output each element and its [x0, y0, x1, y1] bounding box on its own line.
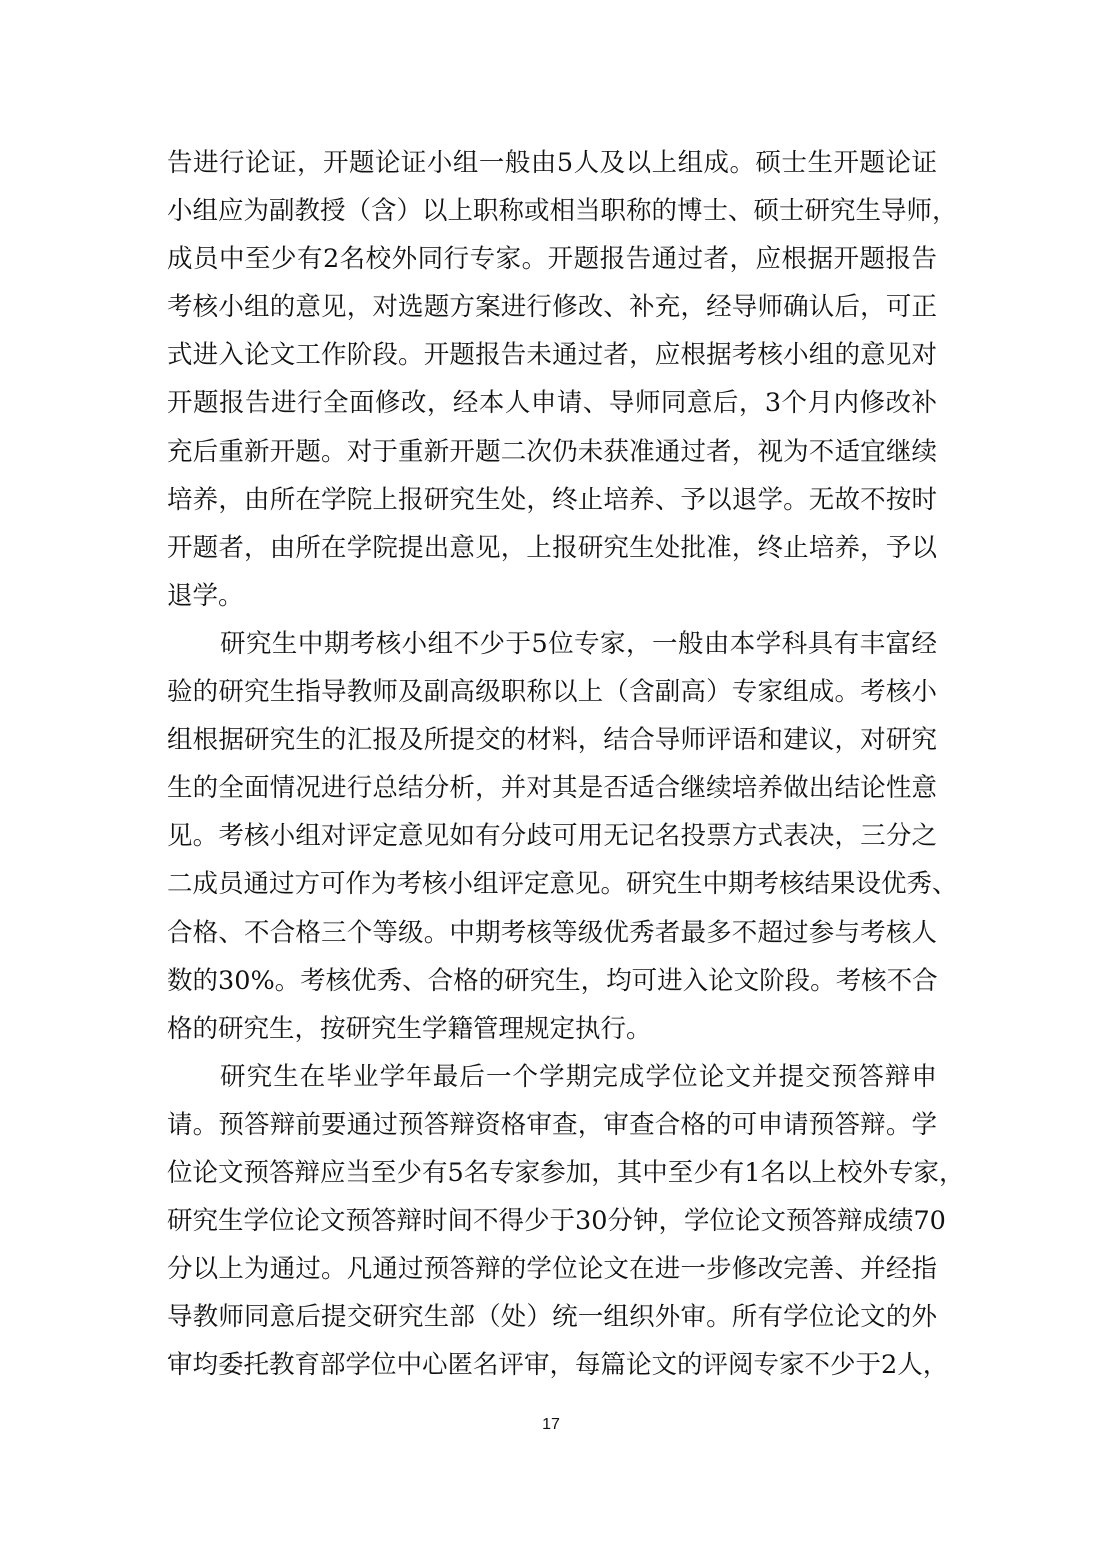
text-line: 成员中至少有2名校外同行专家。开题报告通过者，应根据开题报告: [167, 235, 937, 283]
page-number: 17: [0, 1416, 1102, 1434]
paragraph-opening-report: 告进行论证，开题论证小组一般由5人及以上组成。硕士生开题论证 小组应为副教授（含…: [167, 139, 937, 620]
document-page: 告进行论证，开题论证小组一般由5人及以上组成。硕士生开题论证 小组应为副教授（含…: [0, 0, 1102, 1559]
text-line: 组根据研究生的汇报及所提交的材料，结合导师评语和建议，对研究: [167, 716, 937, 764]
body-text: 告进行论证，开题论证小组一般由5人及以上组成。硕士生开题论证 小组应为副教授（含…: [167, 139, 937, 1389]
text-line: 导教师同意后提交研究生部（处）统一组织外审。所有学位论文的外: [167, 1293, 937, 1341]
text-line: 小组应为副教授（含）以上职称或相当职称的博士、硕士研究生导师，: [167, 187, 937, 235]
text-line: 退学。: [167, 572, 937, 620]
text-line: 生的全面情况进行总结分析，并对其是否适合继续培养做出结论性意: [167, 764, 937, 812]
text-line: 请。预答辩前要通过预答辩资格审查，审查合格的可申请预答辩。学: [167, 1101, 937, 1149]
paragraph-midterm-assessment: 研究生中期考核小组不少于5位专家，一般由本学科具有丰富经 验的研究生指导教师及副…: [167, 620, 937, 1053]
text-line: 二成员通过方可作为考核小组评定意见。研究生中期考核结果设优秀、: [167, 860, 937, 908]
text-line: 合格、不合格三个等级。中期考核等级优秀者最多不超过参与考核人: [167, 909, 937, 957]
text-line: 数的30%。考核优秀、合格的研究生，均可进入论文阶段。考核不合: [167, 957, 937, 1005]
text-line: 见。考核小组对评定意见如有分歧可用无记名投票方式表决，三分之: [167, 812, 937, 860]
text-line: 考核小组的意见，对选题方案进行修改、补充，经导师确认后，可正: [167, 283, 937, 331]
text-line: 分以上为通过。凡通过预答辩的学位论文在进一步修改完善、并经指: [167, 1245, 937, 1293]
text-line: 告进行论证，开题论证小组一般由5人及以上组成。硕士生开题论证: [167, 139, 937, 187]
text-line: 式进入论文工作阶段。开题报告未通过者，应根据考核小组的意见对: [167, 331, 937, 379]
text-line: 格的研究生，按研究生学籍管理规定执行。: [167, 1005, 937, 1053]
text-line: 开题者，由所在学院提出意见，上报研究生处批准，终止培养，予以: [167, 524, 937, 572]
text-line: 研究生中期考核小组不少于5位专家，一般由本学科具有丰富经: [167, 620, 937, 668]
text-line: 研究生学位论文预答辩时间不得少于30分钟，学位论文预答辩成绩70: [167, 1197, 937, 1245]
text-line: 审均委托教育部学位中心匿名评审，每篇论文的评阅专家不少于2人，: [167, 1341, 937, 1389]
text-line: 位论文预答辩应当至少有5名专家参加，其中至少有1名以上校外专家，: [167, 1149, 937, 1197]
text-line: 验的研究生指导教师及副高级职称以上（含副高）专家组成。考核小: [167, 668, 937, 716]
paragraph-pre-defense: 研究生在毕业学年最后一个学期完成学位论文并提交预答辩申 请。预答辩前要通过预答辩…: [167, 1053, 937, 1390]
text-line: 研究生在毕业学年最后一个学期完成学位论文并提交预答辩申: [167, 1053, 937, 1101]
text-line: 培养，由所在学院上报研究生处，终止培养、予以退学。无故不按时: [167, 476, 937, 524]
text-line: 充后重新开题。对于重新开题二次仍未获准通过者，视为不适宜继续: [167, 428, 937, 476]
text-line: 开题报告进行全面修改，经本人申请、导师同意后，3个月内修改补: [167, 379, 937, 427]
